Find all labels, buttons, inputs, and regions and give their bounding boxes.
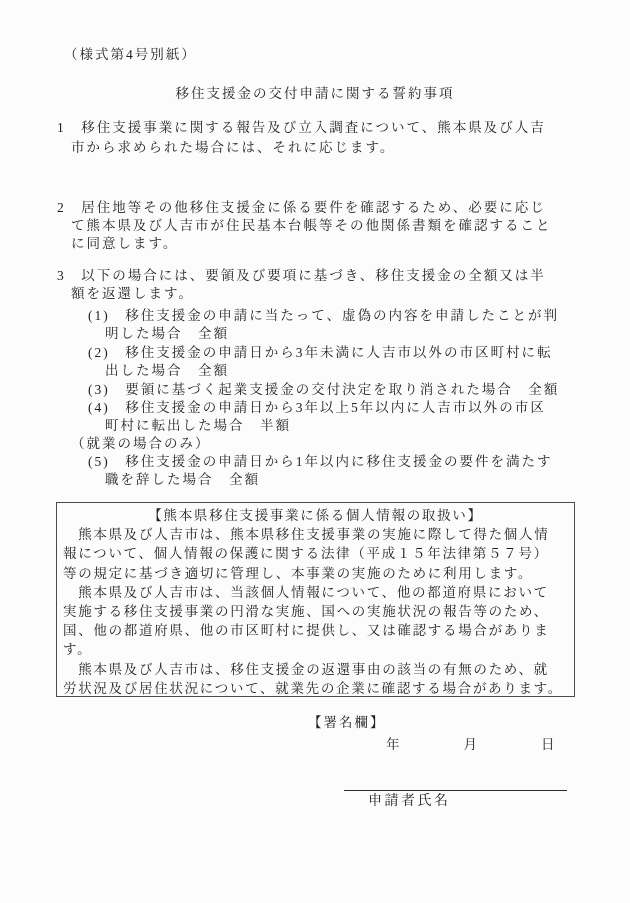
privacy-box-line: す。 bbox=[63, 640, 568, 659]
clause1-line2: 市から求められた場合には、それに応じます。 bbox=[71, 138, 395, 158]
item1-line1: (1) 移住支援金の申請に当たって、虚偽の内容を申請したことが判 bbox=[88, 306, 559, 326]
privacy-box-line: 報について、個人情報の保護に関する法律（平成１５年法律第５７号） bbox=[63, 544, 568, 563]
item5-line1: (5) 移住支援金の申請日から1年以内に移住支援金の要件を満たす bbox=[88, 452, 553, 472]
form-note: （様式第4号別紙） bbox=[64, 45, 197, 65]
document-page: （様式第4号別紙） 移住支援金の交付申請に関する誓約事項 1 移住支援事業に関す… bbox=[0, 0, 630, 903]
page-title: 移住支援金の交付申請に関する誓約事項 bbox=[0, 84, 630, 104]
item2-line1: (2) 移住支援金の申請日から3年未満に人吉市以外の市区町村に転 bbox=[88, 343, 553, 363]
signature-heading: 【署名欄】 bbox=[308, 713, 386, 733]
privacy-box-line: 実施する移住支援事業の円滑な実施、国への実施状況の報告等のため、 bbox=[63, 602, 568, 621]
privacy-box-line: 国、他の都道府県、他の市区町村に提供し、又は確認する場合がありま bbox=[63, 621, 568, 640]
item3-line1: (3) 要領に基づく起業支援金の交付決定を取り消された場合 全額 bbox=[88, 380, 559, 400]
privacy-box-line: 熊本県及び人吉市は、熊本県移住支援事業の実施に際して得た個人情 bbox=[63, 525, 568, 544]
privacy-notice-box: 【熊本県移住支援事業に係る個人情報の取扱い】 熊本県及び人吉市は、熊本県移住支援… bbox=[56, 502, 575, 697]
item5-line2: 職を辞した場合 全額 bbox=[105, 470, 260, 490]
item4-line2: 町村に転出した場合 半額 bbox=[105, 416, 291, 436]
privacy-box-line: 熊本県及び人吉市は、当該個人情報について、他の都道府県において bbox=[63, 583, 568, 602]
item2-line2: 出した場合 全額 bbox=[105, 361, 229, 381]
signature-date-line: 年 月 日 bbox=[386, 735, 557, 755]
clause2-line2: て熊本県及び人吉市が住民基本台帳等その他関係書類を確認すること bbox=[71, 216, 552, 236]
privacy-box-line: 労状況及び居住状況について、就業先の企業に確認する場合があります。 bbox=[63, 679, 568, 698]
item1-line2: 明した場合 全額 bbox=[105, 324, 229, 344]
applicant-name-field: 申請者氏名 bbox=[344, 766, 567, 791]
privacy-box-line: 等の規定に基づき適切に管理し、本事業の実施のために利用します。 bbox=[63, 564, 568, 583]
clause2-line3: に同意します。 bbox=[71, 234, 178, 254]
clause3-line2: 額を返還します。 bbox=[71, 284, 194, 304]
applicant-name-label: 申請者氏名 bbox=[368, 794, 451, 809]
privacy-box-line: 熊本県及び人吉市は、移住支援金の返還事由の該当の有無のため、就 bbox=[63, 660, 568, 679]
privacy-box-heading: 【熊本県移住支援事業に係る個人情報の取扱い】 bbox=[63, 506, 568, 525]
item4-line1: (4) 移住支援金の申請日から3年以上5年以内に人吉市以外の市区 bbox=[88, 398, 546, 418]
employment-only-note: （就業の場合のみ） bbox=[71, 434, 211, 454]
clause2-line1: 2 居住地等その他移住支援金に係る要件を確認するため、必要に応じ bbox=[57, 198, 546, 218]
clause1-line1: 1 移住支援事業に関する報告及び立入調査について、熊本県及び人吉 bbox=[57, 118, 546, 138]
clause3-line1: 3 以下の場合には、要領及び要項に基づき、移住支援金の全額又は半 bbox=[57, 266, 546, 286]
